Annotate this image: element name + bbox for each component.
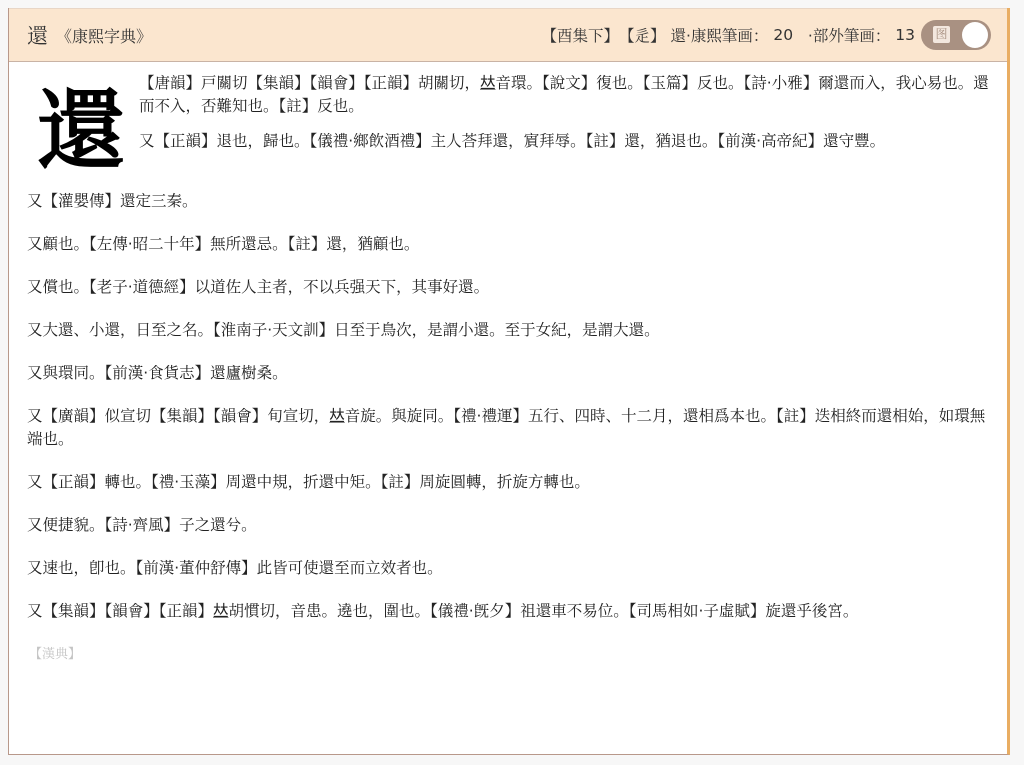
toggle-knob xyxy=(962,22,988,48)
stroke-info: 【酉集下】 【辵】 還·康熙筆画： 20 ·部外筆画： 13 图 xyxy=(542,20,991,50)
definition-paragraph: 又【集韻】【韻會】【正韻】𠀤胡慣切，音患。遶也，圍也。【儀禮·旣夕】祖還車不易位… xyxy=(27,600,989,623)
image-mode-toggle[interactable]: 图 xyxy=(921,20,991,50)
variant-link[interactable]: 𠀤 xyxy=(329,407,345,425)
kangxi-strokes-value: 20 xyxy=(773,26,793,44)
header-character: 還 xyxy=(27,20,48,50)
entry-content: 還 【唐韻】戸關切【集韻】【韻會】【正韻】胡關切，𠀤音環。【說文】復也。【玉篇】… xyxy=(9,62,1007,666)
entry-header: 還 《康熙字典》 【酉集下】 【辵】 還·康熙筆画： 20 ·部外筆画： 13 … xyxy=(9,8,1007,62)
definition-paragraph: 又【灌嬰傳】還定三秦。 xyxy=(27,190,989,213)
definition-paragraph: 又【正韻】轉也。【禮·玉藻】周還中規，折還中矩。【註】周旋圓轉，折旋方轉也。 xyxy=(27,471,989,494)
variant-link[interactable]: 𠀤 xyxy=(480,74,496,92)
definition-paragraph: 又速也，卽也。【前漢·董仲舒傳】此皆可使還至而立效者也。 xyxy=(27,557,989,580)
extra-strokes-label: ·部外筆画： xyxy=(808,24,890,46)
definition-paragraph: 又顧也。【左傳·昭二十年】無所還忌。【註】還，猶顧也。 xyxy=(27,233,989,256)
source-label: 【漢典】 xyxy=(27,643,989,666)
kangxi-strokes-label: 還·康熙筆画： xyxy=(671,24,769,46)
extra-strokes-value: 13 xyxy=(895,26,915,44)
definition-paragraph: 又便捷貌。【詩·齊風】子之還兮。 xyxy=(27,514,989,537)
definition-paragraph: 又大還、小還，日至之名。【淮南子·天文訓】日至于鳥次，是謂小還。至于女紀，是謂大… xyxy=(27,319,989,342)
variant-link[interactable]: 𠀤 xyxy=(213,602,229,620)
character-glyph-image: 還 xyxy=(27,80,135,190)
radical-label: 【辵】 xyxy=(619,24,666,46)
dictionary-panel: 還 《康熙字典》 【酉集下】 【辵】 還·康熙筆画： 20 ·部外筆画： 13 … xyxy=(8,8,1010,755)
image-icon: 图 xyxy=(933,26,950,43)
definition-paragraph: 【唐韻】戸關切【集韻】【韻會】【正韻】胡關切，𠀤音環。【說文】復也。【玉篇】反也… xyxy=(27,72,989,118)
collection-label: 【酉集下】 xyxy=(542,24,620,46)
definition-paragraph: 又償也。【老子·道德經】以道佐人主者，不以兵强天下，其事好還。 xyxy=(27,276,989,299)
definition-paragraph: 又與環同。【前漢·食貨志】還廬樹桑。 xyxy=(27,362,989,385)
dictionary-name: 《康熙字典》 xyxy=(56,24,152,47)
definition-paragraph: 又【正韻】退也，歸也。【儀禮·鄉飲酒禮】主人荅拜還，賔拜辱。【註】還，猶退也。【… xyxy=(27,130,989,153)
definition-paragraph: 又【廣韻】似宣切【集韻】【韻會】旬宣切，𠀤音旋。與旋同。【禮·禮運】五行、四時、… xyxy=(27,405,989,451)
